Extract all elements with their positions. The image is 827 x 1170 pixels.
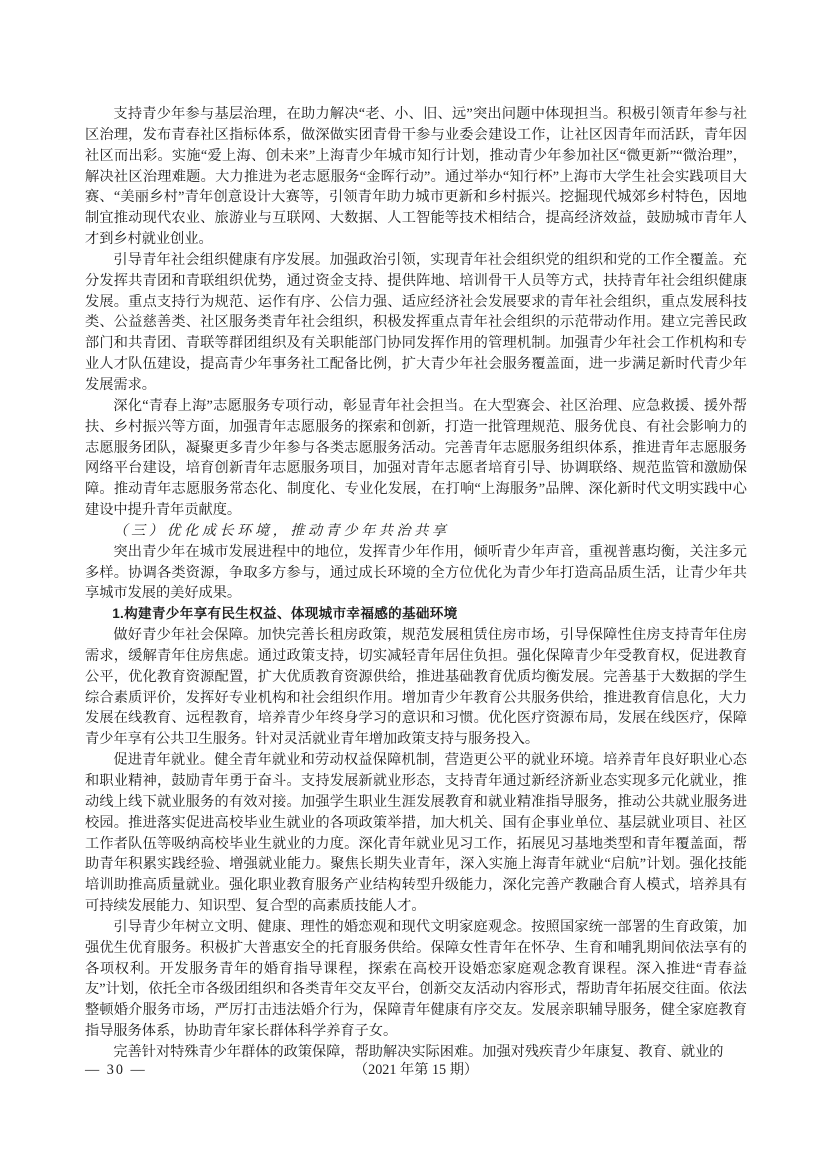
paragraph-volunteer-service: 深化“青春上海”志愿服务专项行动，彰显青年社会担当。在大型赛会、社区治理、应急救… [85, 396, 747, 521]
subsection-heading-1: 1.构建青少年享有民生权益、体现城市幸福感的基础环境 [85, 604, 747, 625]
document-page: 支持青少年参与基层治理，在助力解决“老、小、旧、远”突出问题中体现担当。积极引领… [0, 0, 827, 1170]
paragraph-marriage-family: 引导青少年树立文明、健康、理性的婚恋观和现代文明家庭观念。按照国家统一部署的生育… [85, 917, 747, 1042]
paragraph-section-intro: 突出青少年在城市发展进程中的地位，发挥青少年作用，倾听青少年声音，重视普惠均衡，… [85, 542, 747, 605]
page-footer: — 30 — （2021 年第 15 期） [85, 1060, 747, 1082]
paragraph-grassroots-governance: 支持青少年参与基层治理，在助力解决“老、小、旧、远”突出问题中体现担当。积极引领… [85, 104, 747, 250]
section-heading-three: （三）优化成长环境，推动青少年共治共享 [85, 521, 747, 542]
paragraph-social-security: 做好青少年社会保障。加快完善长租房政策，规范发展租赁住房市场，引导保障性住房支持… [85, 625, 747, 750]
issue-label: （2021 年第 15 期） [85, 1060, 747, 1081]
paragraph-youth-social-organizations: 引导青年社会组织健康有序发展。加强政治引领，实现青年社会组织党的组织和党的工作全… [85, 250, 747, 396]
paragraph-youth-employment: 促进青年就业。健全青年就业和劳动权益保障机制，营造更公平的就业环境。培养青年良好… [85, 750, 747, 917]
body-text-block: 支持青少年参与基层治理，在助力解决“老、小、旧、远”突出问题中体现担当。积极引领… [85, 104, 747, 1064]
